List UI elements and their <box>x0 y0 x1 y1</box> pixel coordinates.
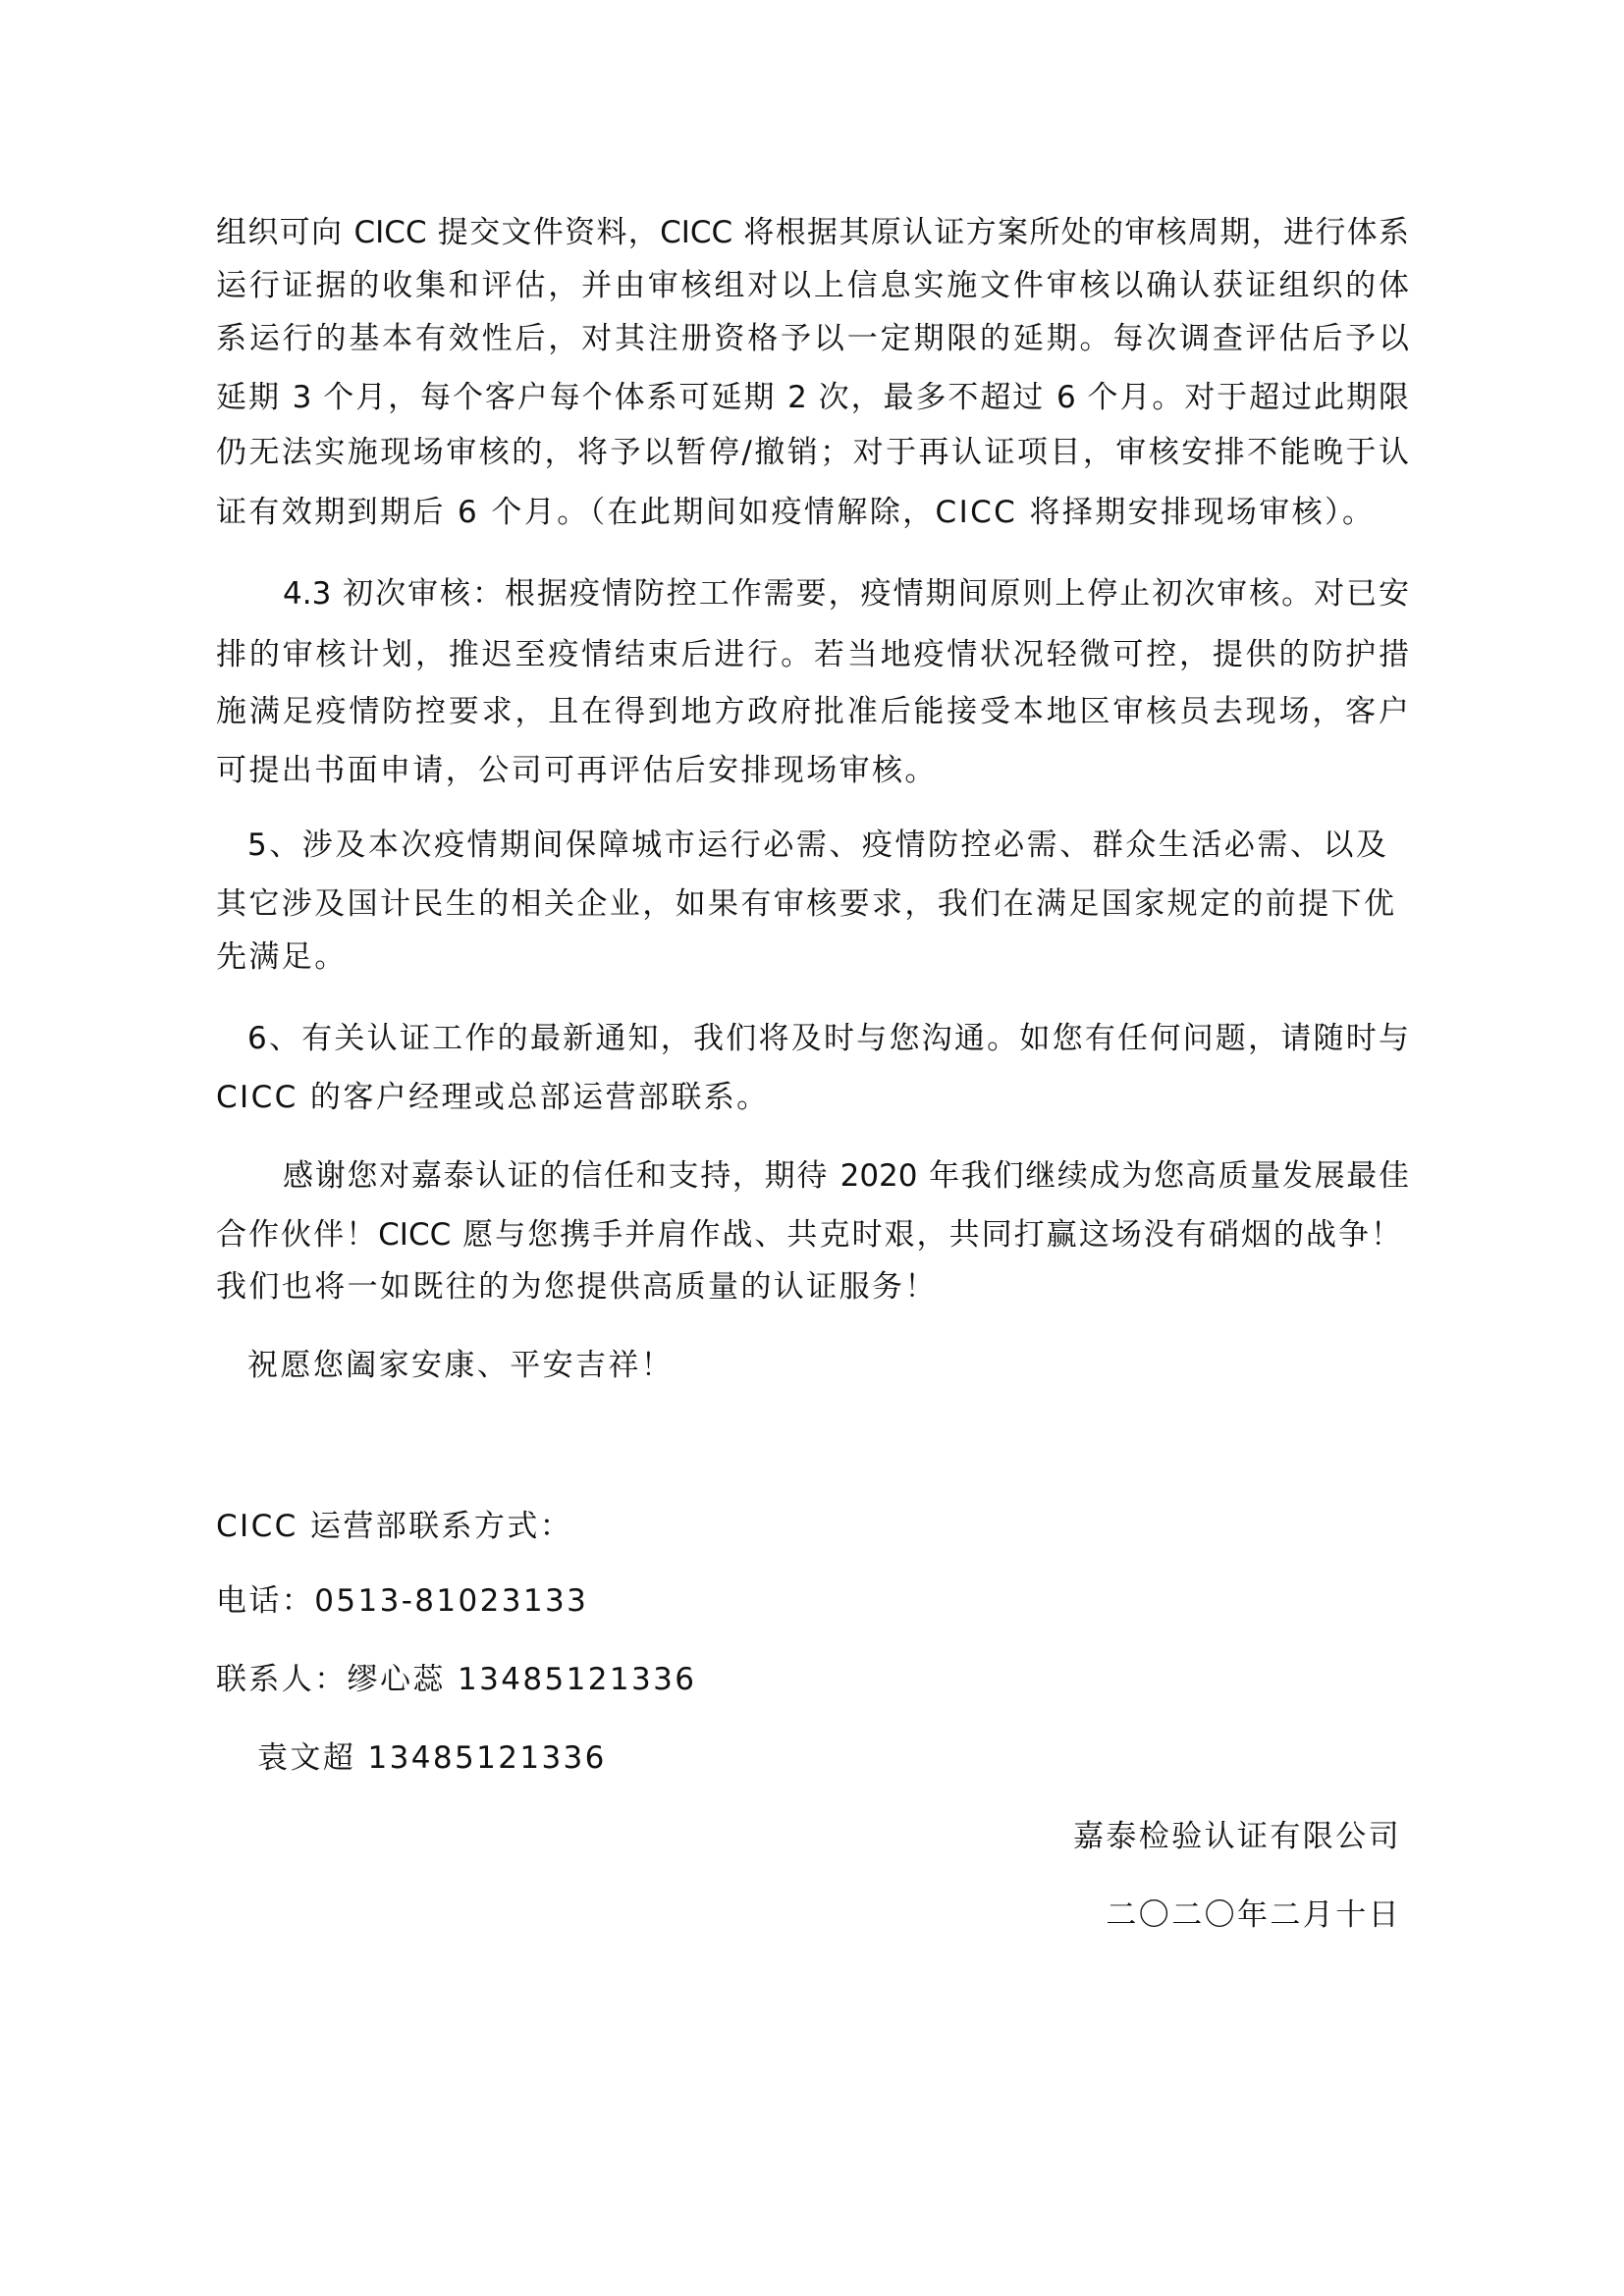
text-line: 4.3 初次审核：根据疫情防控工作需要，疫情期间原则上停止初次审核。对已安 <box>283 574 1409 614</box>
text-line: 可提出书面申请，公司可再评估后安排现场审核。 <box>216 751 938 790</box>
text-line: 5、涉及本次疫情期间保障城市运行必需、疫情防控必需、群众生活必需、以及 <box>247 826 1386 865</box>
text-line: 6、有关认证工作的最新通知，我们将及时与您沟通。如您有任何问题，请随时与 <box>247 1019 1409 1058</box>
company-name: 嘉泰检验认证有限公司 <box>1073 1817 1401 1856</box>
contact-person-1: 联系人：缪心蕊 13485121336 <box>216 1660 696 1699</box>
text-line: 合作伙伴！CICC 愿与您携手并肩作战、共克时艰，共同打赢这场没有硝烟的战争！ <box>216 1215 1401 1255</box>
contact-heading: CICC 运营部联系方式： <box>216 1507 572 1546</box>
text-line: 证有效期到期后 6 个月。（在此期间如疫情解除，CICC 将择期安排现场审核）。 <box>216 493 1375 532</box>
wishes-line: 祝愿您阖家安康、平安吉祥！ <box>247 1346 674 1385</box>
text-line: 我们也将一如既往的为您提供高质量的认证服务！ <box>216 1267 938 1307</box>
text-line: CICC 的客户经理或总部运营部联系。 <box>216 1078 770 1117</box>
text-line: 施满足疫情防控要求，且在得到地方政府批准后能接受本地区审核员去现场，客户 <box>216 692 1409 731</box>
text-line: 其它涉及国计民生的相关企业，如果有审核要求，我们在满足国家规定的前提下优 <box>216 884 1394 924</box>
text-line: 排的审核计划，推迟至疫情结束后进行。若当地疫情状况轻微可控，提供的防护措 <box>216 635 1409 674</box>
text-line: 先满足。 <box>216 937 348 977</box>
signature-date: 二〇二〇年二月十日 <box>1106 1896 1401 1935</box>
text-line: 仍无法实施现场审核的，将予以暂停/撤销；对于再认证项目，审核安排不能晚于认 <box>216 433 1409 472</box>
contact-phone: 电话：0513-81023133 <box>216 1581 588 1621</box>
text-line: 运行证据的收集和评估，并由审核组对以上信息实施文件审核以确认获证组织的体 <box>216 266 1409 305</box>
text-line: 延期 3 个月，每个客户每个体系可延期 2 次，最多不超过 6 个月。对于超过此… <box>216 378 1409 417</box>
text-line: 组织可向 CICC 提交文件资料，CICC 将根据其原认证方案所处的审核周期，进… <box>216 213 1409 252</box>
contact-person-2: 袁文超 13485121336 <box>257 1738 607 1778</box>
text-line: 系运行的基本有效性后，对其注册资格予以一定期限的延期。每次调查评估后予以 <box>216 319 1409 358</box>
text-line: 感谢您对嘉泰认证的信任和支持，期待 2020 年我们继续成为您高质量发展最佳 <box>283 1156 1409 1196</box>
